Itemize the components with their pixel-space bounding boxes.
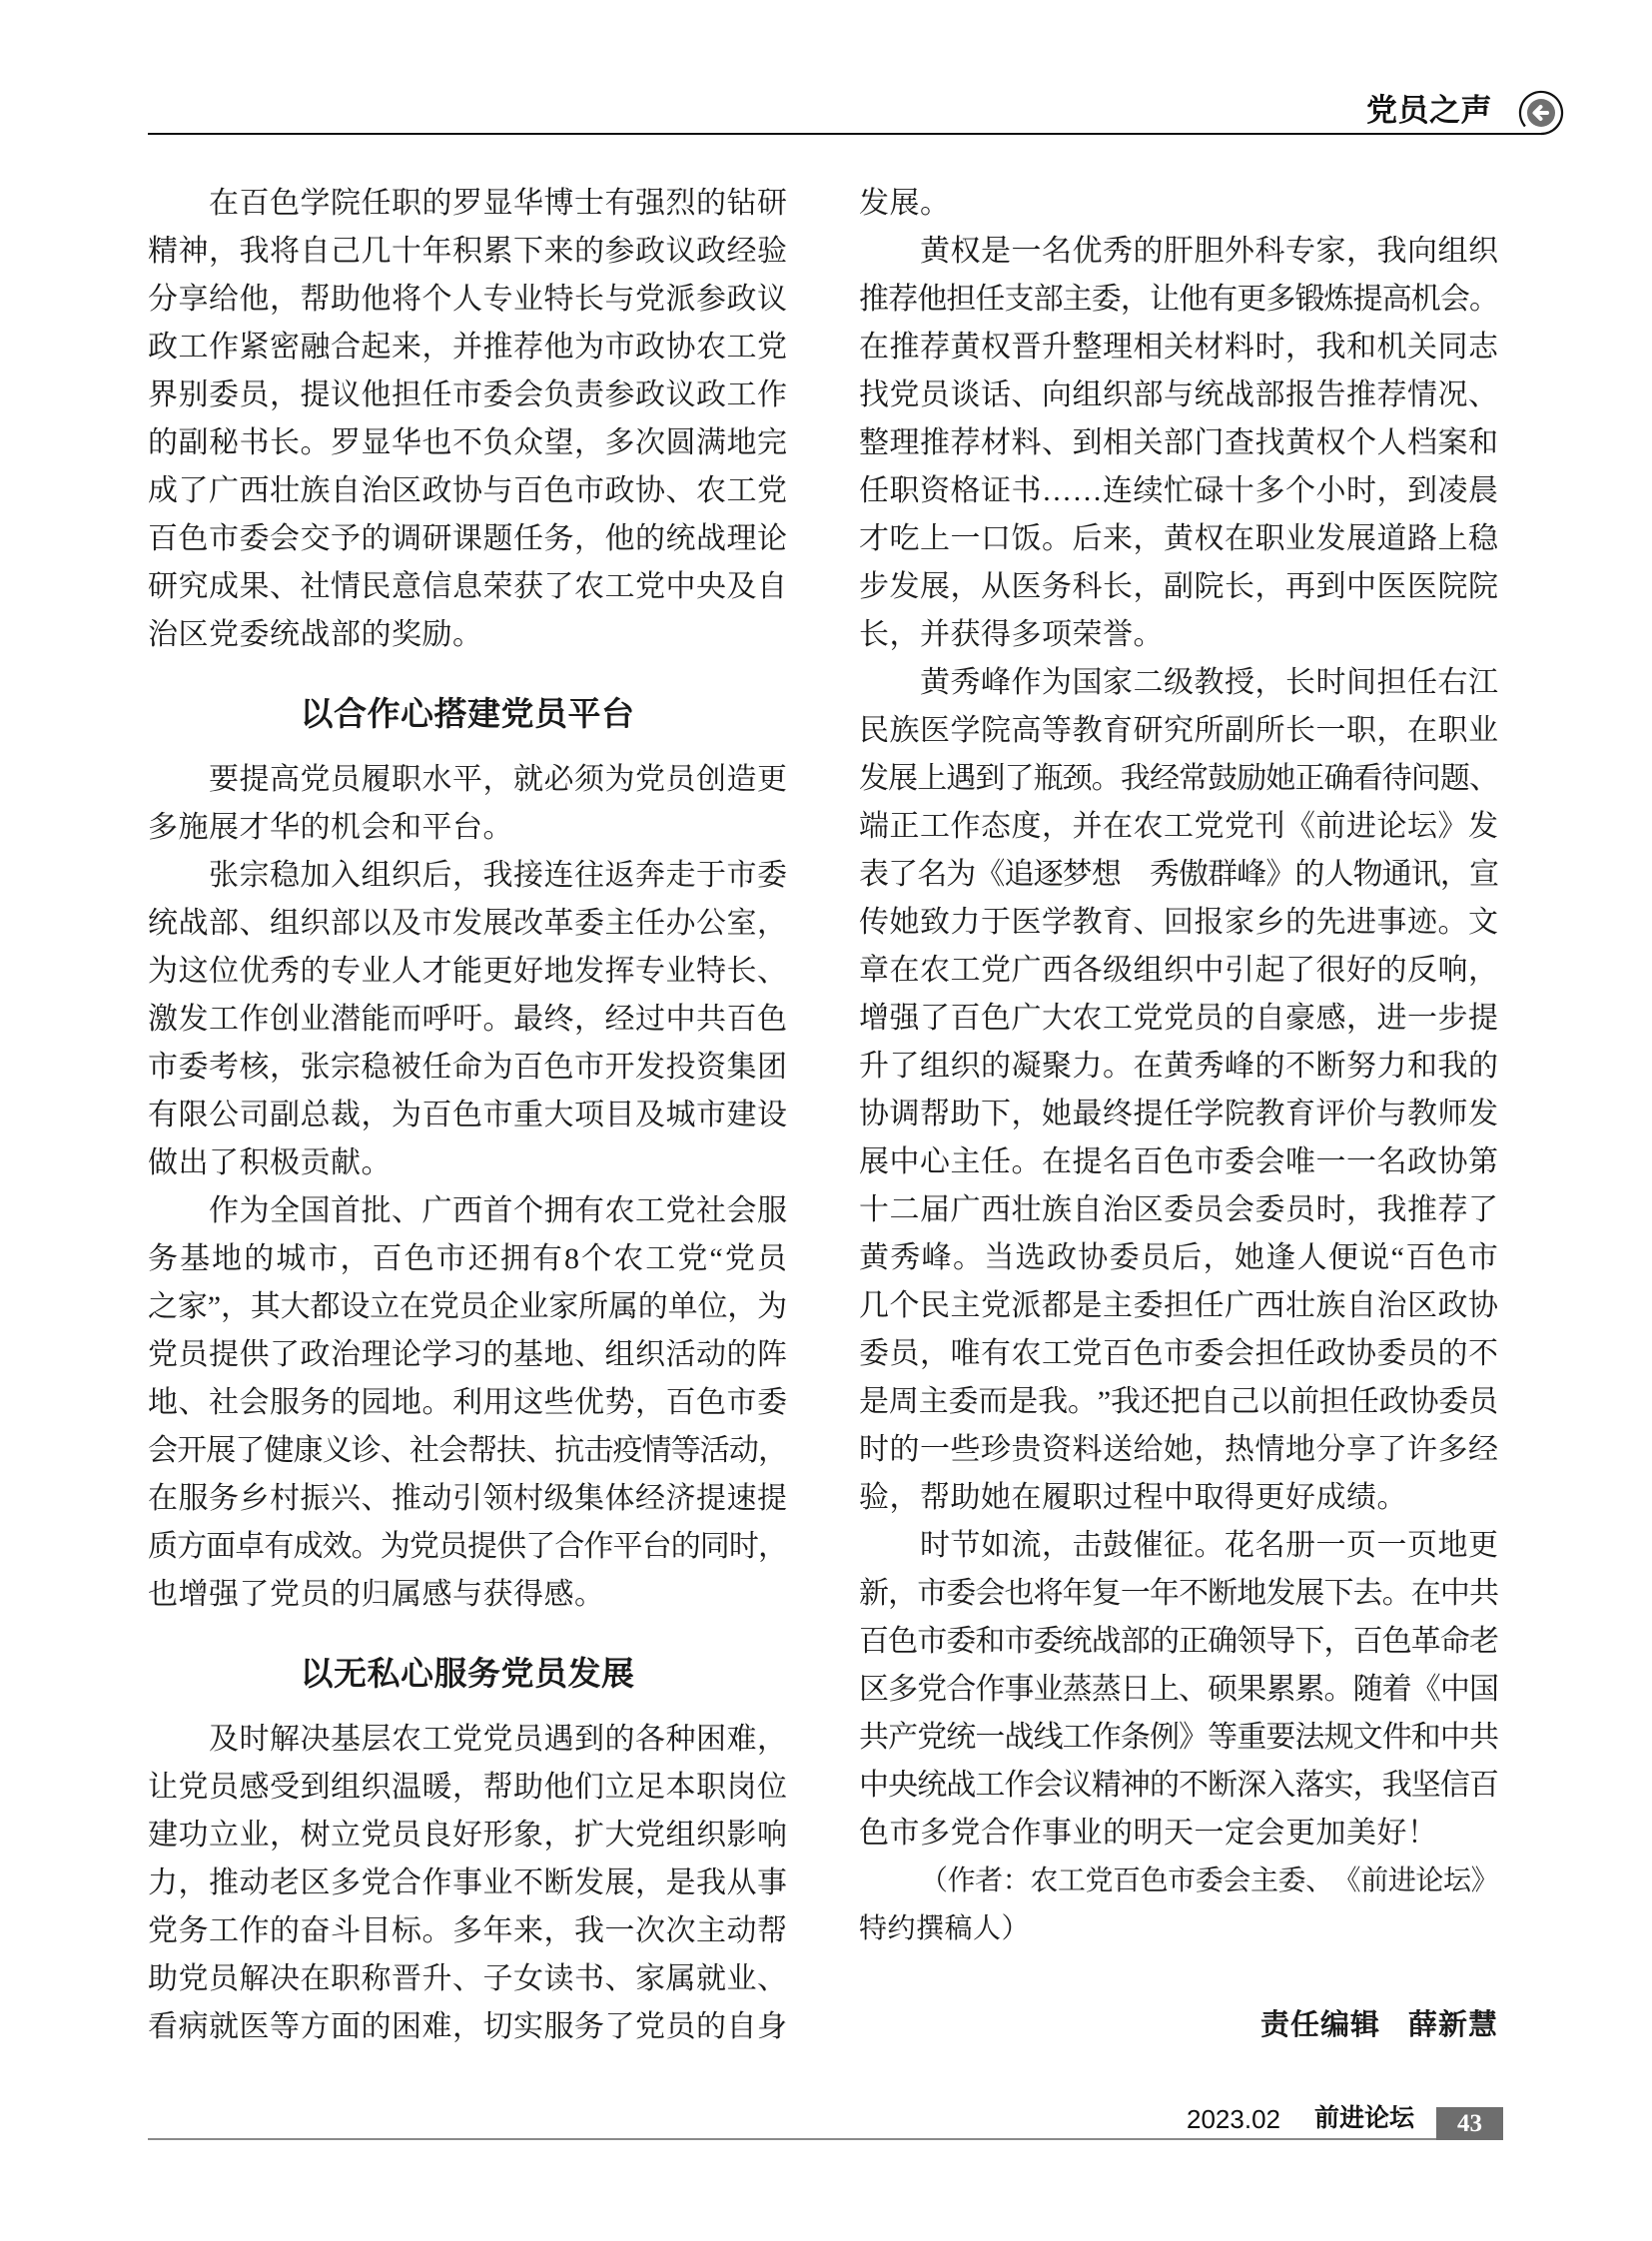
glyph: 色 — [757, 996, 787, 1044]
glyph: 多 — [605, 419, 635, 467]
glyph: 政 — [605, 467, 635, 515]
glyph: 主 — [605, 900, 635, 948]
glyph: 、 — [452, 1955, 482, 2003]
editor-credit: 责任编辑薛新慧 — [859, 2001, 1498, 2049]
glyph: 交 — [301, 515, 331, 563]
glyph: 的 — [671, 1523, 700, 1571]
glyph: 育 — [1103, 899, 1133, 947]
paragraph: 黄权是一名优秀的肝胆外科专家，我向组织 推荐他担任支部主委，让他有更多锻炼提高机… — [859, 228, 1498, 659]
glyph: 参 — [696, 276, 726, 324]
text-line: 党员提供了政治理论学习的基地、组织活动的阵 — [148, 1331, 787, 1379]
glyph: 个 — [1346, 419, 1376, 467]
glyph: 周 — [889, 1378, 919, 1426]
glyph: 和 — [1468, 419, 1498, 467]
glyph: 并 — [452, 324, 482, 372]
glyph: 料 — [1012, 419, 1042, 467]
glyph: 查 — [1225, 419, 1254, 467]
glyph: 第 — [1468, 1138, 1498, 1186]
glyph: 。 — [483, 996, 513, 1044]
glyph: 委 — [949, 1378, 979, 1426]
glyph: 些 — [544, 1379, 574, 1427]
glyph: 家 — [178, 1283, 208, 1331]
glyph: 起 — [362, 324, 392, 372]
glyph: 高 — [1382, 276, 1411, 324]
glyph: 院 — [1468, 563, 1498, 611]
glyph: 机 — [1411, 276, 1440, 324]
text-line: 多施展才华的机会和平台。 — [148, 804, 787, 852]
glyph: 后 — [1172, 1234, 1202, 1282]
glyph: 百 — [859, 1618, 888, 1666]
glyph: 张 — [301, 1044, 331, 1092]
glyph: 为 — [574, 324, 604, 372]
glyph: 市 — [727, 1379, 757, 1427]
glyph: 追 — [1004, 851, 1033, 899]
glyph: 委 — [240, 515, 270, 563]
glyph: 催 — [1134, 1522, 1164, 1570]
glyph: 胆 — [1195, 228, 1225, 276]
text-line: 端正工作态度，并在农工党党刊《前进论坛》发 — [859, 803, 1498, 851]
text-line: 市委考核，张宗稳被任命为百色市开发投资集团 — [148, 1044, 787, 1092]
glyph: 去 — [1353, 1570, 1382, 1618]
glyph: 话 — [981, 372, 1011, 419]
glyph: 业 — [1468, 707, 1498, 755]
glyph: 是 — [1073, 1282, 1103, 1330]
glyph: 共 — [859, 1714, 888, 1762]
glyph: 合 — [392, 1860, 421, 1907]
glyph: 政 — [635, 372, 665, 419]
glyph: 上 — [1150, 1666, 1179, 1714]
glyph: 评 — [1316, 1091, 1346, 1138]
glyph: 大 — [281, 1283, 311, 1331]
glyph: 断 — [1316, 1043, 1346, 1091]
glyph: 传 — [859, 899, 889, 947]
glyph: 实 — [1324, 1762, 1353, 1810]
glyph: 委 — [757, 1379, 787, 1427]
glyph: 不 — [1285, 1043, 1315, 1091]
glyph: 组 — [605, 1331, 635, 1379]
glyph: 以 — [362, 900, 392, 948]
glyph: 秀 — [1103, 228, 1133, 276]
glyph: 终 — [544, 996, 574, 1044]
glyph: 不 — [1179, 1762, 1208, 1810]
glyph: 了 — [1285, 947, 1315, 995]
glyph: 广 — [209, 467, 239, 515]
glyph: 终 — [1103, 1091, 1133, 1138]
glyph: 会 — [1223, 1858, 1250, 1905]
glyph: 门 — [1195, 419, 1225, 467]
glyph: 健 — [264, 1427, 293, 1475]
glyph: 增 — [859, 995, 889, 1043]
glyph: 城 — [276, 1235, 306, 1283]
glyph: ， — [340, 1235, 370, 1283]
glyph: 了 — [888, 851, 917, 899]
glyph: 她 — [890, 899, 920, 947]
glyph: 业 — [727, 1955, 757, 2003]
glyph: 右 — [1438, 659, 1468, 707]
glyph: 协 — [1078, 1234, 1108, 1282]
glyph: 十 — [1225, 467, 1254, 515]
glyph: 员 — [1195, 995, 1225, 1043]
glyph: 市 — [574, 1044, 604, 1092]
glyph: 在 — [859, 324, 889, 372]
glyph: 社 — [696, 1187, 726, 1235]
glyph: 众 — [513, 419, 543, 467]
glyph: 面 — [206, 1523, 235, 1571]
glyph: 推 — [209, 1860, 239, 1907]
glyph: 引 — [452, 1475, 482, 1523]
text-line: 治区党委统战部的奖励。 — [148, 611, 787, 659]
glyph: 发 — [1265, 1570, 1294, 1618]
glyph: 在 — [1042, 1138, 1072, 1186]
glyph: 日 — [1121, 1666, 1150, 1714]
glyph: 我 — [696, 1860, 726, 1907]
glyph: 稳 — [1468, 515, 1498, 563]
glyph: 的 — [605, 1716, 635, 1764]
glyph: 治 — [331, 1331, 361, 1379]
glyph: 我 — [1382, 1762, 1411, 1810]
glyph: 员 — [209, 1764, 239, 1812]
glyph: 速 — [727, 1475, 757, 1523]
glyph: 志 — [1468, 324, 1498, 372]
glyph: 部 — [1255, 372, 1285, 419]
glyph: 基 — [513, 1331, 543, 1379]
glyph: 。 — [1324, 1666, 1353, 1714]
glyph: 织 — [392, 852, 421, 900]
glyph: 百 — [727, 996, 757, 1044]
section-heading: 以无私心服务党员发展 — [148, 1619, 787, 1716]
glyph: 和 — [1411, 1714, 1440, 1762]
glyph: 册 — [1285, 1522, 1315, 1570]
glyph: 唯 — [951, 1330, 981, 1378]
glyph: 员 — [209, 1955, 239, 2003]
glyph: 委 — [946, 1570, 975, 1618]
glyph: 优 — [1073, 228, 1103, 276]
glyph: 博 — [544, 180, 574, 228]
glyph: 员 — [240, 372, 270, 419]
glyph: 服 — [179, 1475, 209, 1523]
magazine-title: 前进论坛 — [1314, 2103, 1414, 2135]
glyph: 被 — [392, 1044, 421, 1092]
glyph: 好 — [513, 948, 543, 996]
glyph: ， — [757, 900, 787, 948]
glyph: 向 — [1042, 372, 1072, 419]
glyph: 市 — [148, 1044, 178, 1092]
glyph: ， — [544, 1812, 574, 1860]
glyph: 子 — [483, 1955, 513, 2003]
glyph: 的 — [1377, 947, 1407, 995]
glyph: 会 — [513, 372, 543, 419]
glyph: 路 — [1407, 515, 1437, 563]
glyph: 解 — [240, 1955, 270, 2003]
glyph: 诊 — [352, 1427, 381, 1475]
glyph: 农 — [1030, 1858, 1058, 1905]
glyph: 所 — [1255, 707, 1285, 755]
text-line: 十二届广西壮族自治区委员会委员时，我推荐了 — [859, 1186, 1498, 1234]
glyph: 个 — [422, 276, 452, 324]
glyph: 一 — [975, 1714, 1004, 1762]
glyph: 办 — [666, 900, 696, 948]
glyph: 紧 — [240, 324, 270, 372]
left-column: 在百色学院任职的罗显华博士有强烈的钻研 精神，我将自己几十年积累下来的参政议政经… — [148, 180, 787, 2051]
glyph: 十 — [859, 1186, 889, 1234]
glyph: 了 — [525, 1523, 554, 1571]
glyph: 峰 — [1237, 851, 1265, 899]
glyph: 优 — [240, 948, 270, 996]
text-line: 协调帮助下，她最终提任学院教育评价与教师发 — [859, 1091, 1498, 1138]
glyph: 题 — [1440, 755, 1469, 803]
glyph: 的 — [422, 180, 452, 228]
glyph: 政 — [727, 276, 757, 324]
glyph: 如 — [981, 1522, 1011, 1570]
glyph: 任 — [1285, 1330, 1315, 1378]
glyph: 强 — [890, 995, 920, 1043]
glyph: 力 — [1377, 1043, 1407, 1091]
glyph: 方 — [301, 2003, 331, 2051]
glyph: 续 — [1134, 467, 1164, 515]
glyph: 市 — [452, 372, 482, 419]
glyph: 壮 — [270, 467, 300, 515]
glyph: 广 — [1012, 995, 1042, 1043]
glyph: 的 — [696, 2003, 726, 2051]
glyph: 广 — [1225, 1282, 1254, 1330]
glyph: 担 — [1164, 1282, 1194, 1330]
glyph: 家 — [635, 1955, 665, 2003]
glyph: 职 — [1255, 515, 1285, 563]
glyph: 部 — [1121, 1618, 1150, 1666]
glyph: 业 — [518, 1283, 548, 1331]
glyph: 想 — [1092, 851, 1121, 899]
glyph: 展 — [888, 755, 917, 803]
glyph: ， — [574, 515, 604, 563]
glyph: 党 — [1073, 1330, 1103, 1378]
glyph: 给 — [209, 276, 239, 324]
glyph: 不 — [513, 1860, 543, 1907]
glyph: 这 — [179, 948, 209, 996]
text-line: 精神，我将自己几十年积累下来的参政议政经验 — [148, 228, 787, 276]
glyph: 百 — [951, 995, 981, 1043]
glyph: 扶 — [496, 1427, 525, 1475]
paragraph: 黄秀峰作为国家二级教授，长时间担任右江 民族医学院高等教育研究所副所长一职，在职… — [859, 659, 1498, 1522]
text-line: 几个民主党派都是主委担任广西壮族自治区政协 — [859, 1282, 1498, 1330]
glyph: 抗 — [554, 1427, 583, 1475]
glyph: 了 — [1004, 755, 1033, 803]
glyph: 色 — [1437, 1234, 1467, 1282]
glyph: 推 — [859, 276, 888, 324]
glyph: 调 — [890, 1091, 920, 1138]
glyph: 市 — [917, 1570, 946, 1618]
glyph: 、 — [605, 1955, 635, 2003]
glyph: 果 — [240, 563, 270, 611]
glyph: 委 — [1195, 1330, 1225, 1378]
glyph: 发 — [635, 1044, 665, 1092]
glyph: 同 — [1438, 324, 1468, 372]
glyph: “ — [1391, 1234, 1404, 1282]
glyph: 精 — [148, 228, 178, 276]
glyph: 担 — [392, 372, 421, 419]
glyph: 端 — [859, 803, 889, 851]
glyph: 我 — [483, 852, 513, 900]
glyph: 限 — [179, 1092, 209, 1139]
glyph: 在 — [301, 1955, 331, 2003]
glyph: 件 — [1382, 1714, 1411, 1762]
glyph: 也 — [1004, 1570, 1033, 1618]
glyph: 不 — [1179, 1570, 1208, 1618]
glyph: 主 — [696, 1907, 726, 1955]
glyph: 中 — [1440, 1714, 1469, 1762]
glyph: 区 — [392, 467, 421, 515]
glyph: 造 — [727, 756, 757, 804]
glyph: 他 — [605, 515, 635, 563]
glyph: 地 — [1438, 1522, 1468, 1570]
glyph: 任 — [513, 515, 543, 563]
glyph: 家 — [1103, 659, 1133, 707]
glyph: 断 — [544, 1860, 574, 1907]
glyph: 关 — [1407, 324, 1437, 372]
glyph: 肝 — [1164, 228, 1194, 276]
text-line: 成了广西壮族自治区政协与百色市政协、农工党 — [148, 467, 787, 515]
glyph: 工 — [975, 1762, 1004, 1810]
glyph: 党 — [677, 1235, 707, 1283]
glyph: 广 — [951, 1186, 981, 1234]
glyph: 了 — [179, 467, 209, 515]
glyph: 织 — [1468, 228, 1498, 276]
glyph: 本 — [666, 1764, 696, 1812]
glyph: 工 — [727, 372, 757, 419]
glyph: 市 — [1168, 1858, 1196, 1905]
glyph: 机 — [1377, 324, 1407, 372]
text-line: 共产党统一战线工作条例》等重要法规文件和中共 — [859, 1714, 1498, 1762]
glyph: 市 — [727, 852, 757, 900]
glyph: 农 — [613, 1235, 643, 1283]
glyph: 十 — [392, 228, 421, 276]
glyph: 潜 — [331, 996, 361, 1044]
glyph: 步 — [1438, 995, 1468, 1043]
glyph: 进 — [1377, 995, 1407, 1043]
glyph: 形 — [483, 1812, 513, 1860]
glyph: 任 — [1407, 659, 1437, 707]
glyph: 统 — [946, 1714, 975, 1762]
glyph: 地 — [212, 1235, 242, 1283]
glyph: 展 — [483, 900, 513, 948]
glyph: 中 — [666, 996, 696, 1044]
glyph: 提 — [696, 1475, 726, 1523]
glyph: 展 — [605, 1860, 635, 1907]
glyph: 吁 — [452, 996, 482, 1044]
glyph: 党 — [666, 1187, 696, 1235]
glyph: 基 — [180, 1235, 210, 1283]
glyph: 老 — [270, 1860, 300, 1907]
glyph: 工 — [1063, 1714, 1092, 1762]
glyph: 华 — [513, 180, 543, 228]
glyph: 论 — [1415, 1858, 1443, 1905]
glyph: 党 — [362, 1812, 392, 1860]
glyph: 学 — [1195, 1091, 1225, 1138]
glyph: 帮 — [920, 1091, 950, 1138]
glyph: 担 — [1319, 1378, 1349, 1426]
text-line: 建功立业，树立党员良好形象，扩大党组织影响 — [148, 1812, 787, 1860]
glyph: 料 — [1073, 1426, 1103, 1474]
author-note-line: 特约撰稿人） — [859, 1905, 1498, 1953]
glyph: 。 — [352, 1523, 381, 1571]
glyph: 《 — [1285, 803, 1315, 851]
text-line: 是周主委而是我。”我还把自己以前担任政协委员 — [859, 1378, 1498, 1426]
glyph: 情 — [642, 1427, 671, 1475]
text-line: 也增强了党员的归属感与获得感。 — [148, 1571, 787, 1619]
glyph: 连 — [544, 852, 574, 900]
glyph: 一 — [920, 1426, 950, 1474]
glyph: 百 — [1353, 1618, 1382, 1666]
glyph: 司 — [240, 1092, 270, 1139]
glyph: 我 — [1111, 1378, 1141, 1426]
glyph: 致 — [920, 899, 950, 947]
glyph: 起 — [1255, 947, 1285, 995]
glyph: 委 — [209, 372, 239, 419]
glyph: 振 — [301, 1475, 331, 1523]
glyph: 晨 — [1468, 467, 1498, 515]
glyph: 体 — [605, 1475, 635, 1523]
glyph: 织 — [696, 1812, 726, 1860]
glyph: ， — [1346, 1186, 1376, 1234]
glyph: 展 — [920, 563, 950, 611]
glyph: 的 — [1150, 1618, 1179, 1666]
glyph: 部 — [209, 900, 239, 948]
glyph: ， — [1204, 1234, 1234, 1282]
glyph: 一 — [1407, 995, 1437, 1043]
glyph: 务 — [544, 515, 574, 563]
text-line: 张宗稳加入组织后，我接连往返奔走于市委 — [148, 852, 787, 900]
glyph: 刊 — [1255, 803, 1285, 851]
glyph: 聚 — [1042, 1043, 1072, 1091]
glyph: 城 — [666, 1092, 696, 1139]
glyph: 一 — [1012, 228, 1042, 276]
glyph: 织 — [1103, 372, 1133, 419]
glyph: 鼓 — [1208, 755, 1237, 803]
glyph: 经 — [605, 996, 635, 1044]
glyph: 员 — [438, 1523, 467, 1571]
glyph: ， — [209, 228, 239, 276]
glyph: 提 — [301, 372, 331, 419]
glyph: 委 — [574, 900, 604, 948]
glyph: 迹 — [1407, 899, 1437, 947]
glyph: 区 — [1407, 1282, 1437, 1330]
glyph: 能 — [452, 948, 482, 996]
glyph: 副 — [179, 419, 209, 467]
glyph: 作 — [757, 372, 787, 419]
glyph: 领 — [1237, 1618, 1265, 1666]
glyph: 市 — [209, 515, 239, 563]
glyph: 组 — [362, 852, 392, 900]
glyph: ， — [221, 1283, 251, 1331]
glyph: 理 — [727, 515, 757, 563]
glyph: 次 — [635, 419, 665, 467]
text-line: 党务工作的奋斗目标。多年来，我一次次主动帮 — [148, 1907, 787, 1955]
glyph: 、 — [240, 900, 270, 948]
glyph: ， — [1346, 995, 1376, 1043]
glyph: 时 — [729, 1523, 758, 1571]
glyph: 创 — [270, 996, 300, 1044]
glyph: 党 — [1134, 995, 1164, 1043]
glyph: ， — [920, 1330, 950, 1378]
glyph: 相 — [1134, 324, 1164, 372]
glyph: 功 — [179, 1812, 209, 1860]
glyph: 村 — [513, 1475, 543, 1523]
glyph: 社 — [301, 563, 331, 611]
glyph: 所 — [578, 1283, 608, 1331]
glyph: 为 — [392, 1092, 421, 1139]
glyph: 8 — [564, 1235, 579, 1283]
glyph: 选 — [1016, 1234, 1046, 1282]
text-line: 时节如流，击鼓催征。花名册一页一页地更 — [859, 1522, 1498, 1570]
